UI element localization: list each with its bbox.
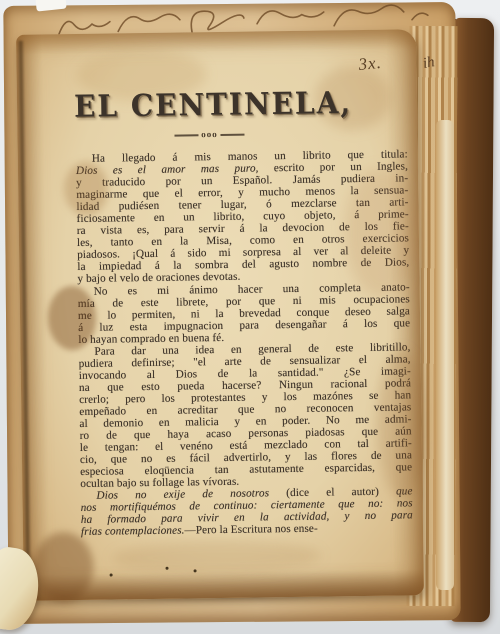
book-page: 3x. EL CENTINELA, ooo Ha llegado á mis m…: [16, 29, 424, 601]
ink-speck: [194, 569, 197, 572]
ink-speck: [110, 574, 113, 577]
inner-page-edge: [436, 120, 454, 590]
book-photo: ih 3x. EL CENTINELA, ooo Ha llegado á mi…: [0, 0, 500, 634]
page-stain: [33, 532, 94, 603]
text-segment: que: [396, 486, 413, 498]
ink-speck: [166, 567, 169, 570]
handwritten-mark-3x: 3x.: [358, 53, 383, 75]
body-text: Ha llegado á mis manos un librito que ti…: [76, 148, 413, 538]
text-segment: frias contemplaciones.: [81, 525, 185, 538]
page-title: EL CENTINELA,: [13, 84, 413, 125]
title-divider: ooo: [149, 129, 269, 140]
page-stain: [111, 539, 321, 576]
divider-ornament: ooo: [201, 130, 218, 139]
divider-rule: [174, 134, 198, 136]
divider-rule: [221, 133, 245, 135]
text-segment: —Pero la Escritura nos ense-: [184, 523, 317, 537]
